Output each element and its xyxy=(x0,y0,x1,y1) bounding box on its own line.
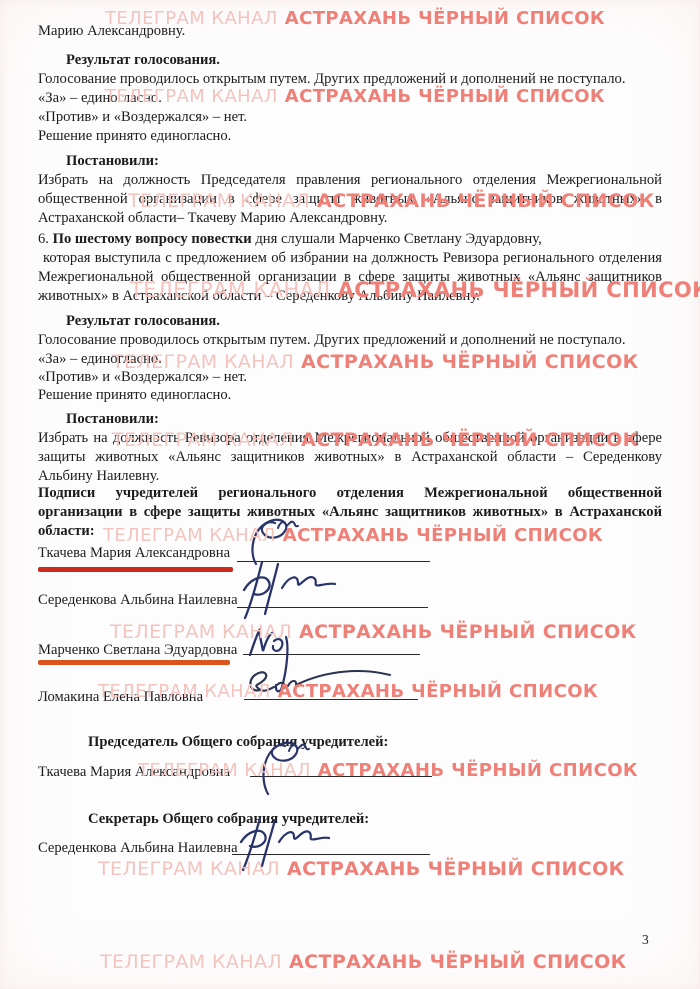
vote1-line4: Решение принято единогласно. xyxy=(38,127,662,146)
vote1-line3: «Против» и «Воздержался» – нет. xyxy=(38,108,662,127)
signature-ink-secretary xyxy=(234,814,350,872)
secretary-title: Секретарь Общего собрания учредителей: xyxy=(38,810,700,829)
red-underline-annotation xyxy=(38,567,233,572)
orange-underline-annotation xyxy=(38,660,230,665)
chairman-name: Ткачева Мария Александровна xyxy=(38,763,268,782)
item6-rest: дня слушали Марченко Светлану Эдуардовну… xyxy=(252,231,542,247)
signature-ink-chairman xyxy=(252,738,316,796)
resolution2-body: Избрать на должность Ревизора отделения … xyxy=(38,429,662,486)
vote2-title: Результат голосования. xyxy=(38,312,690,331)
signature-ink-lomakina xyxy=(244,666,394,704)
signatures-heading: Подписи учредителей регионального отделе… xyxy=(38,484,662,541)
page-number: 3 xyxy=(642,932,649,948)
signer-name-tkacheva: Ткачева Мария Александровна xyxy=(38,544,268,563)
vote1-title: Результат голосования. xyxy=(38,51,690,70)
signer-name-lomakina: Ломакина Елена Павловна xyxy=(38,688,268,707)
paragraph-continuation: Марию Александровну. xyxy=(38,22,662,41)
item6-prefix: 6. xyxy=(38,231,53,247)
vote1-line1: Голосование проводилось открытым путем. … xyxy=(38,70,662,89)
signature-ink-seredenkova xyxy=(238,556,358,622)
vote2-line1: Голосование проводилось открытым путем. … xyxy=(38,331,662,350)
signer-name-seredenkova: Середенкова Альбина Наилевна xyxy=(38,591,268,610)
resolution1-title: Постановили: xyxy=(38,152,690,171)
document-content: Марию Александровну. Результат голосован… xyxy=(0,0,700,989)
resolution1-body: Избрать на должность Председателя правле… xyxy=(38,171,662,228)
chairman-title: Председатель Общего собрания учредителей… xyxy=(38,733,700,752)
vote1-line2: «За» – единогласно. xyxy=(38,89,662,108)
signer-name-marchenko: Марченко Светлана Эдуардовна xyxy=(38,641,268,660)
resolution2-title: Постановили: xyxy=(38,410,690,429)
agenda-item6-body: которая выступила с предложением об избр… xyxy=(38,249,662,306)
vote2-line4: Решение принято единогласно. xyxy=(38,386,662,405)
vote2-line3: «Против» и «Воздержался» – нет. xyxy=(38,368,662,387)
vote2-line2: «За» – единогласно. xyxy=(38,350,662,369)
agenda-item6-heading: 6. По шестому вопросу повестки дня слуша… xyxy=(38,230,662,249)
scanned-document-page: Марию Александровну. Результат голосован… xyxy=(0,0,700,989)
item6-bold: По шестому вопросу повестки xyxy=(53,231,252,247)
